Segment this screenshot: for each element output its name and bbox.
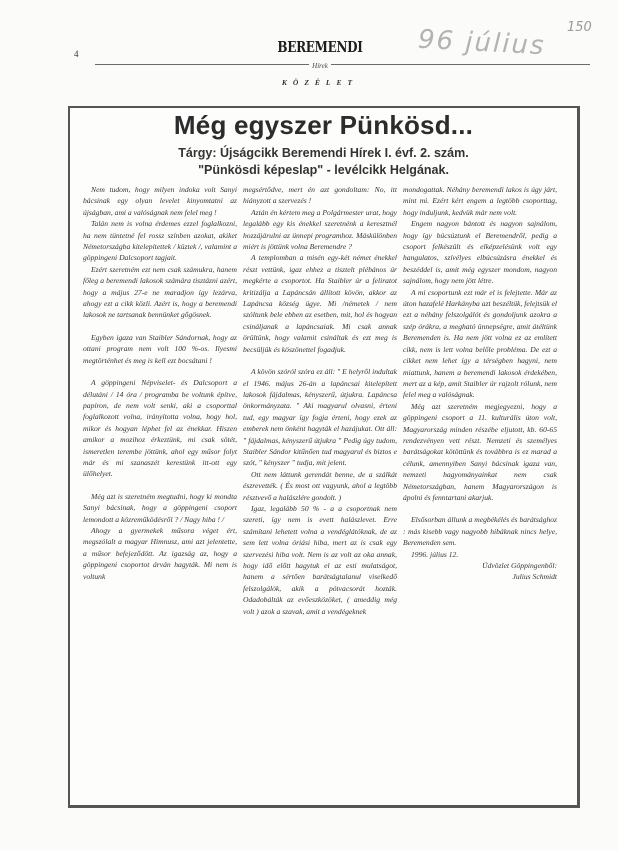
paragraph: Engem nagyon bántott és nagyon sajnálom,… — [403, 218, 557, 286]
paragraph: Aztán én kértem meg a Polgármester urat,… — [243, 207, 397, 253]
masthead: BEREMENDI Hírek — [270, 40, 370, 72]
paragraph: Talán nem is volna érdemes ezzel foglalk… — [83, 218, 237, 264]
paragraph: Nem tudom, hogy milyen indoka volt Sanyi… — [83, 184, 237, 218]
article-box: Még egyszer Pünkösd... Tárgy: Újságcikk … — [68, 106, 580, 808]
paragraph: A templomban a misén egy-két német énekk… — [243, 252, 397, 355]
handwritten-date-note: 96 július — [417, 25, 546, 62]
paragraph: A kövön szóról szóra ez áll: " E helyről… — [243, 366, 397, 469]
article-column-1: Nem tudom, hogy milyen indoka volt Sanyi… — [83, 184, 237, 582]
signature-author: Julius Schmidt — [403, 571, 557, 582]
article-subtitle-line-2: "Pünkösdi képeslap" - levélcikk Helgának… — [70, 163, 577, 177]
article-column-2: megsértődve, mert én azt gondoltam: No, … — [243, 184, 397, 617]
article-subtitle-line-1: Tárgy: Újságcikk Beremendi Hírek I. évf.… — [70, 146, 577, 160]
paragraph: mondogattak. Néhány beremendi lakos is ú… — [403, 184, 557, 218]
page-number: 4 — [74, 49, 79, 59]
paragraph: Ezért szeretném ezt nem csak számukra, h… — [83, 264, 237, 321]
paragraph: Egyben igaza van Staibler Sándornak, hog… — [83, 332, 237, 366]
paragraph: A göppingeni Népviselet- és Dalcsoport a… — [83, 377, 237, 480]
article-title: Még egyszer Pünkösd... — [70, 110, 577, 141]
paragraph: Ahogy a gyermekek műsora véget ért, megs… — [83, 525, 237, 582]
article-date: 1996. július 12. — [403, 549, 557, 560]
paragraph: Igaz, legalább 50 % - a a csoportnak nem… — [243, 503, 397, 617]
handwritten-page-number: 150 — [567, 20, 592, 35]
paragraph: megsértődve, mert én azt gondoltam: No, … — [243, 184, 397, 207]
section-label: KÖZÉLET — [270, 78, 370, 87]
paragraph: Elsősorban állunk a megbékélés és baráts… — [403, 514, 557, 548]
masthead-name: BEREMENDI — [270, 38, 370, 56]
masthead-subtitle: Hírek — [309, 62, 331, 70]
paragraph: Ott nem láttunk gerendát benne, de a szá… — [243, 469, 397, 503]
article-column-3: mondogattak. Néhány beremendi lakos is ú… — [403, 184, 557, 583]
paragraph: Még azt is szeretném megtudni, hogy ki m… — [83, 491, 237, 525]
signature-greeting: Üdvözlet Göppingenből: — [403, 560, 557, 571]
paragraph: A mi csoportunk ezt már el is felejtette… — [403, 287, 557, 401]
paragraph: Még azt szeretném megjegyezni, hogy a gö… — [403, 401, 557, 504]
